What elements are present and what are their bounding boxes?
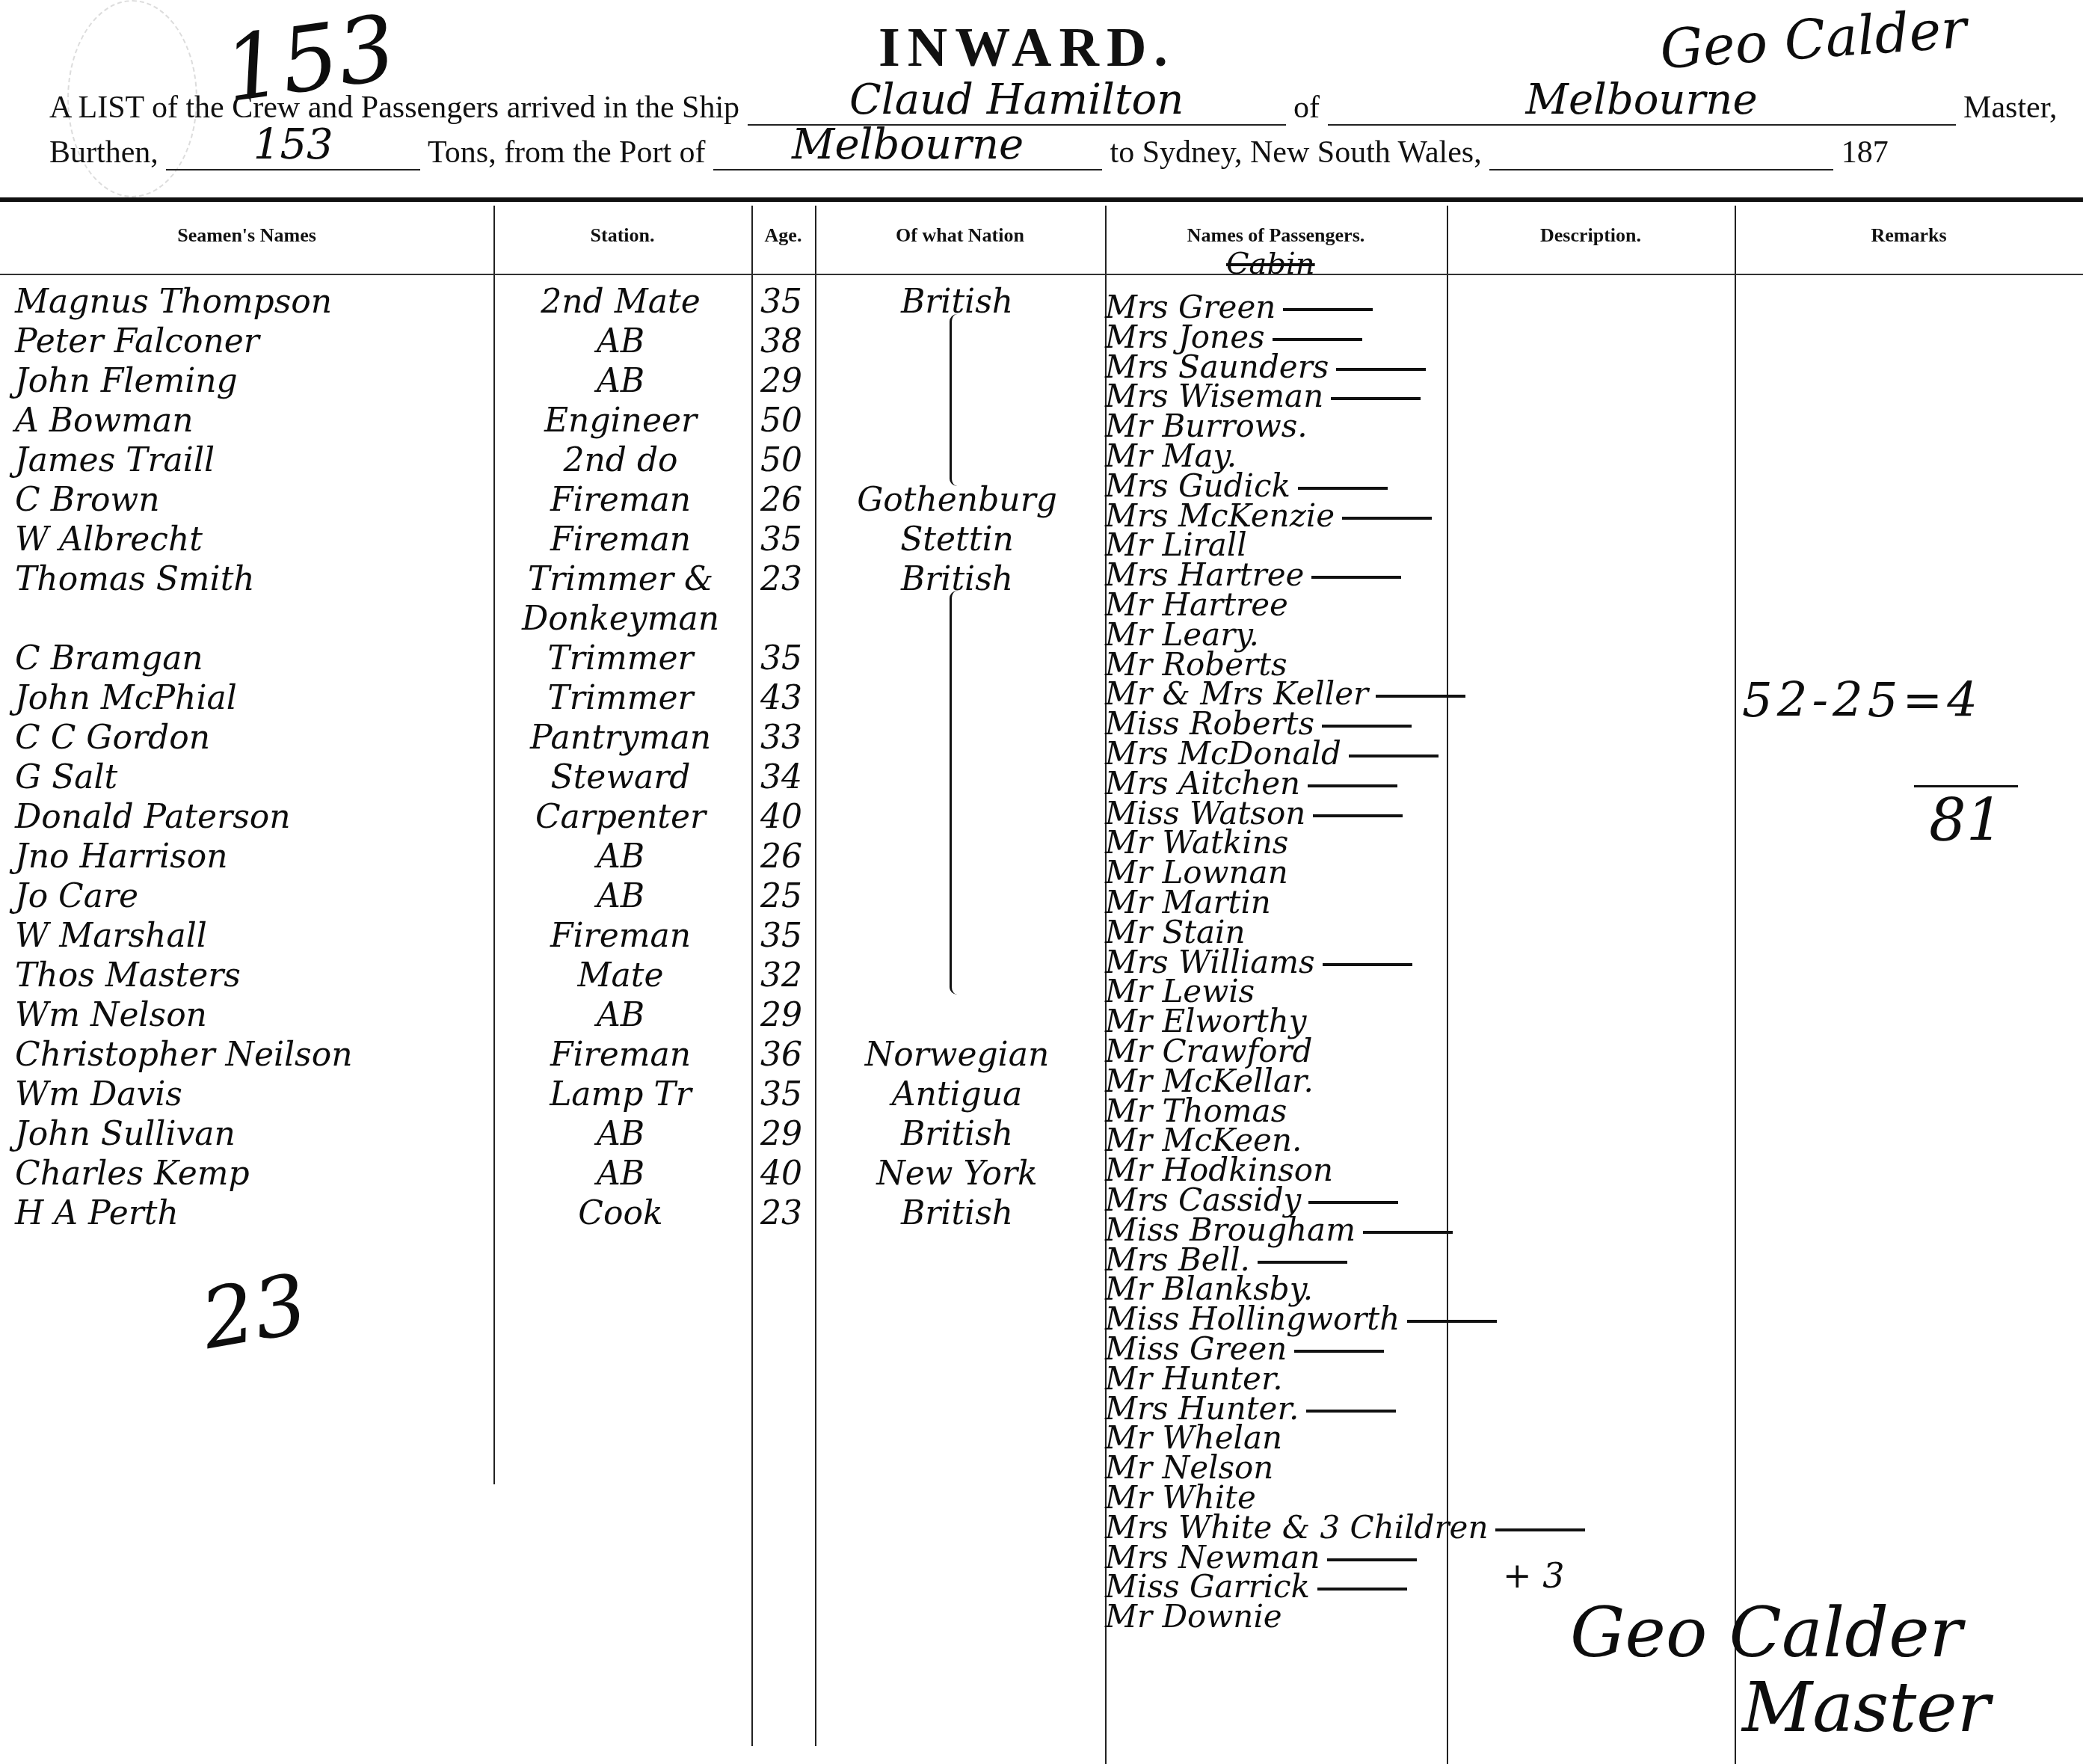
crew-row: Magnus Thompson2nd Mate35British [0,283,1107,322]
tick-dash [1376,695,1465,698]
age: 36 [748,1036,815,1075]
tick-dash [1298,487,1388,490]
tick-dash [1308,1201,1398,1204]
tick-dash [1313,814,1403,817]
nation: Gothenburg [822,481,1092,520]
crew-row: John SullivanAB29British [0,1115,1107,1154]
crew-row: Christopher NeilsonFireman36Norwegian [0,1036,1107,1075]
crew-row: C BramganTrimmer35 [0,639,1107,678]
col-passenger-names: Names of Passengers. [1105,224,1447,247]
tick-dash [1258,1261,1347,1264]
station: AB [493,877,748,916]
col-seamen-names: Seamen's Names [0,224,493,247]
age: 40 [748,1155,815,1193]
station: Trimmer [493,679,748,718]
tick-dash [1323,963,1412,966]
from-port: Melbourne [713,124,1102,166]
tons-value: 153 [166,124,420,166]
tick-dash [1327,1558,1417,1561]
crew-row: James Traill2nd do50 [0,441,1107,480]
age: 25 [748,877,815,916]
age: 29 [748,996,815,1035]
seaman-name: W Albrecht [15,520,203,559]
col-station: Station. [493,224,751,247]
station: Steward [493,758,748,797]
seaman-name: Peter Falconer [15,322,259,361]
station: Fireman [493,481,748,520]
tons-field: 153 [166,136,420,170]
crew-row: Jno HarrisonAB26 [0,838,1107,876]
tick-dash [1407,1320,1497,1323]
from-port-field: Melbourne [713,136,1102,170]
seaman-name: John Sullivan [15,1115,236,1154]
crew-row: John FlemingAB29 [0,362,1107,401]
station: AB [493,322,748,361]
age: 29 [748,1115,815,1154]
crew-row: John McPhialTrimmer43 [0,679,1107,718]
age: 29 [748,362,815,401]
station: AB [493,838,748,876]
header-line-1: A LIST of the Crew and Passengers arrive… [49,90,2058,126]
station: AB [493,1115,748,1154]
seaman-name: Thomas Smith [15,560,255,599]
master-title: Master [1742,1668,1990,1748]
document-title: INWARD. [879,16,1175,80]
tick-dash [1342,517,1432,520]
tons-label: Tons, from the Port of [428,135,706,170]
seaman-name: John Fleming [15,362,238,401]
tick-dash [1308,784,1397,787]
seaman-name: Thos Masters [15,956,241,995]
remarks-total: 81 [1914,785,2018,855]
age: 35 [748,639,815,678]
registry-port: Melbourne [1328,79,1956,121]
age: 26 [748,838,815,876]
crew-row: W AlbrechtFireman35Stettin [0,520,1107,559]
seaman-name: James Traill [15,441,215,480]
list-intro: A LIST of the Crew and Passengers arrive… [49,90,739,125]
col-age: Age. [751,224,815,247]
age: 35 [748,917,815,956]
station: Fireman [493,917,748,956]
seaman-name: Jo Care [15,877,138,916]
registry-port-field: Melbourne [1328,91,1956,126]
master-signature: Geo Calder [1570,1593,1963,1673]
ditto-mark [950,314,967,486]
crew-tally: 23 [194,1256,314,1368]
age: 26 [748,481,815,520]
col-remarks: Remarks [1735,224,2083,247]
crew-row: Peter FalconerAB38 [0,322,1107,361]
crew-row: Charles KempAB40New York [0,1155,1107,1193]
crew-row: Jo CareAB25 [0,877,1107,916]
age: 43 [748,679,815,718]
tick-dash [1306,1410,1396,1413]
crew-row: Donald PatersonCarpenter40 [0,798,1107,837]
age: 35 [748,1075,815,1114]
crew-row: Donkeyman [0,600,1107,639]
seaman-name: Jno Harrison [15,838,228,876]
nation: British [822,1194,1092,1233]
age: 40 [748,798,815,837]
nation: Norwegian [822,1036,1092,1075]
tick-dash [1349,755,1439,757]
age: 23 [748,1194,815,1233]
station: 2nd Mate [493,283,748,322]
age: 50 [748,441,815,480]
seaman-name: Wm Davis [15,1075,182,1114]
age: 34 [748,758,815,797]
nation: British [822,1115,1092,1154]
station: Donkeyman [493,600,748,639]
station: 2nd do [493,441,748,480]
station: Engineer [493,402,748,440]
station: Carpenter [493,798,748,837]
master-label: Master, [1963,90,2057,125]
col-description: Description. [1447,224,1735,247]
age: 32 [748,956,815,995]
tick-dash [1495,1528,1585,1531]
station: AB [493,996,748,1035]
age: 33 [748,719,815,757]
year-prefix: 187 [1842,135,1889,170]
crew-row: W MarshallFireman35 [0,917,1107,956]
ship-name: Claud Hamilton [748,79,1286,121]
tick-dash [1331,397,1421,400]
seaman-name: A Bowman [15,402,194,440]
tick-dash [1283,308,1373,311]
seaman-name: C C Gordon [15,719,210,757]
crew-row: Wm NelsonAB29 [0,996,1107,1035]
nation: Stettin [822,520,1092,559]
seaman-name: Christopher Neilson [15,1036,353,1075]
seaman-name: W Marshall [15,917,207,956]
col-nation: Of what Nation [815,224,1105,247]
age: 35 [748,283,815,322]
crew-row: Thomas SmithTrimmer &23British [0,560,1107,599]
age: 23 [748,560,815,599]
crew-row: G SaltSteward34 [0,758,1107,797]
column-header-divider [0,274,2083,275]
remarks-calculation: 52-25=4 [1742,673,1982,728]
of-label: of [1293,90,1320,125]
age: 38 [748,322,815,361]
tick-dash [1273,338,1362,341]
seaman-name: G Salt [15,758,117,797]
station: AB [493,1155,748,1193]
header-line-2: Burthen, 153 Tons, from the Port of Melb… [49,135,1889,170]
passenger-name: Mr Downie [1105,1598,1282,1635]
nation: Antigua [822,1075,1092,1114]
tick-dash [1317,1588,1407,1591]
age: 50 [748,402,815,440]
station: Fireman [493,1036,748,1075]
station: Fireman [493,520,748,559]
crew-row: C C GordonPantryman33 [0,719,1107,757]
seaman-name: C Brown [15,481,160,520]
passenger-class-label: Cabin [1226,247,1315,281]
destination-label: to Sydney, New South Wales, [1110,135,1482,170]
burthen-label: Burthen, [49,135,159,170]
crew-row: Wm DavisLamp Tr35Antigua [0,1075,1107,1114]
seaman-name: John McPhial [15,679,237,718]
tick-dash [1322,725,1412,728]
column-divider [1735,206,1736,1764]
seaman-name: Charles Kemp [15,1155,250,1193]
crew-row: A BowmanEngineer50 [0,402,1107,440]
tick-dash [1363,1231,1453,1234]
crew-row: Thos MastersMate32 [0,956,1107,995]
ditto-mark [950,591,967,995]
seaman-name: Magnus Thompson [15,283,332,322]
seaman-name: H A Perth [15,1194,179,1233]
tick-dash [1311,576,1401,579]
seaman-name: Wm Nelson [15,996,207,1035]
date-field [1489,136,1833,170]
header-divider [0,197,2083,202]
nation: New York [822,1155,1092,1193]
station: Mate [493,956,748,995]
crew-row: H A PerthCook23British [0,1194,1107,1233]
station: Trimmer [493,639,748,678]
seaman-name: Donald Paterson [15,798,291,837]
master-name-handwritten: Geo Calder [1658,0,1969,81]
station: Lamp Tr [493,1075,748,1114]
children-count: + 3 [1503,1555,1564,1596]
passenger-row: Mr Downie [1105,1597,1494,1636]
station: Cook [493,1194,748,1233]
seaman-name: C Bramgan [15,639,203,678]
age: 35 [748,520,815,559]
tick-dash [1336,368,1426,371]
tick-dash [1294,1350,1384,1353]
station: AB [493,362,748,401]
crew-row: C BrownFireman26Gothenburg [0,481,1107,520]
station: Trimmer & [493,560,748,599]
station: Pantryman [493,719,748,757]
